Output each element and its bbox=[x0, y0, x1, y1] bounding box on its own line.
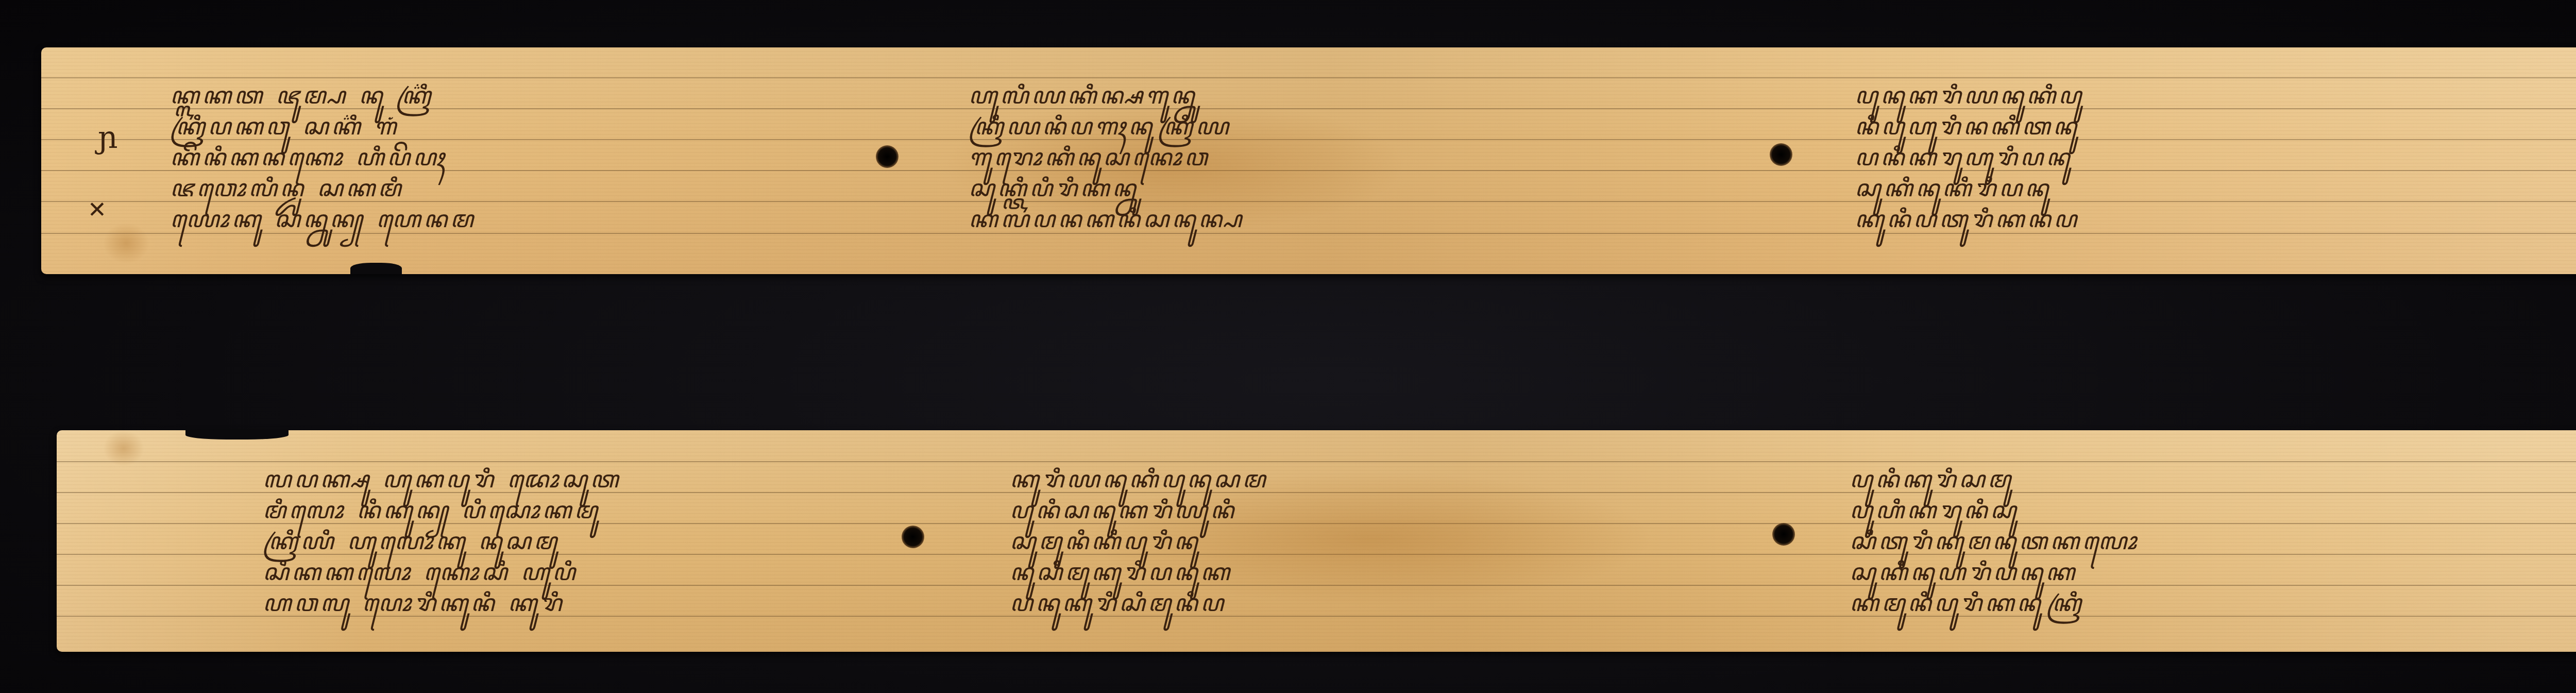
edge-damage bbox=[350, 263, 402, 274]
text-line: ꦥꦤꦸꦏꦸꦫꦶꦱꦶꦩꦸꦤꦶꦥ bbox=[1010, 585, 1227, 633]
margin-leaf-number: ɲ bbox=[98, 120, 118, 156]
text-line: ꦏꦩꦸꦤꦶꦥꦸꦫꦶꦏꦤꦸꦏꦿꦶ bbox=[1850, 585, 2084, 633]
text-line: ꦏꦭꦥꦤꦏꦤꦶꦱꦤꦸꦤ꧀ꦥ bbox=[969, 201, 1245, 249]
string-hole-right bbox=[1772, 523, 1795, 546]
text-line: ꦪꦺꦴꦏꦸ ꦱꦤ꧀ꦤꦸꦤ꧀ ꦲꦺꦤꦩ bbox=[170, 201, 476, 249]
string-hole-right bbox=[1770, 143, 1792, 166]
water-stain bbox=[103, 223, 149, 264]
string-hole-left bbox=[876, 145, 899, 168]
water-stain bbox=[103, 430, 144, 466]
string-hole-left bbox=[902, 526, 924, 548]
edge-damage bbox=[185, 430, 289, 440]
palm-leaf-bottom: ꦭꦥꦏ꧀ꦱꦸ ꦲꦸꦏꦥꦸꦫꦶ ꦢꦺꦴꦱꦸꦠ ꦩꦶꦭꦺꦴ ꦤꦶꦏꦸꦤ꧀ ꦥꦶꦱꦺꦴ… bbox=[57, 430, 2576, 652]
margin-cross-mark: ✕ bbox=[88, 197, 107, 223]
palm-leaf-top: ɲ ✕ ꦏ꧀ꦭꦏꦠ ꦗꦸꦩ꧀ꦥ ꦤꦸ ꦏ꦳ꦿꦶ ꦏꦿꦶꦥꦏꦮꦸ ꦱꦏ꦳ꦶ ꦒꦁ … bbox=[41, 47, 2576, 274]
text-line: ꦏꦸꦤꦶꦥꦠꦸꦫꦶꦏꦤꦥ bbox=[1855, 201, 2079, 249]
text-line: ꦲꦮꦭꦸ ꦥꦺꦴꦫꦶꦏꦸꦤꦶ ꦏꦸꦫꦶ bbox=[263, 585, 565, 633]
